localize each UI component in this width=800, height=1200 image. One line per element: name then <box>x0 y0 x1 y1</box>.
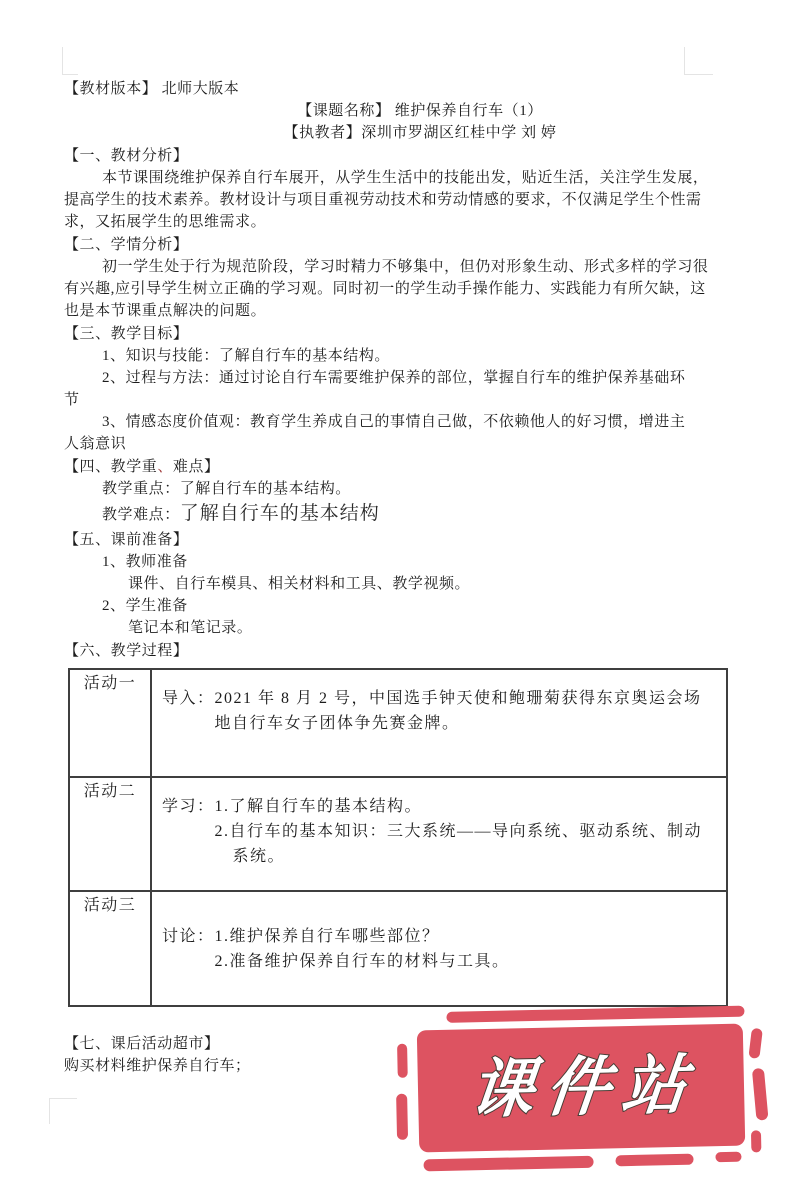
stamp-left-stroke-2 <box>396 1094 408 1140</box>
stamp-right-stroke-3 <box>751 1130 761 1152</box>
section3-heading: 【三、教学目标】 <box>64 323 714 345</box>
section2-paragraph: 初一学生处于行为规范阶段，学习时精力不够集中，但仍对形象生动、形式多样的学习很有… <box>64 256 714 322</box>
edition-line: 【教材版本】 北师大版本 <box>64 78 714 100</box>
goal-knowledge-skill: 1、知识与技能：了解自行车的基本结构。 <box>64 345 714 367</box>
activity-2-item-2: 2.自行车的基本知识：三大系统——导向系统、驱动系统、制动系统。 <box>215 819 718 869</box>
lesson-title-line: 【课题名称】 维护保养自行车（1） <box>64 100 714 122</box>
section5-heading: 【五、课前准备】 <box>64 529 714 551</box>
activity-2-content: 学习： 1.了解自行车的基本结构。 2.自行车的基本知识：三大系统——导向系统、… <box>151 777 727 891</box>
teaching-key-point: 教学重点：了解自行车的基本结构。 <box>64 478 714 500</box>
activity-1-content: 导入： 2021 年 8 月 2 号，中国选手钟天使和鲍珊菊获得东京奥运会场地自… <box>151 669 727 777</box>
section4-heading-post: 难点】 <box>173 459 220 475</box>
page-margin-mark-top-right <box>684 47 713 75</box>
activity-2-label: 活动二 <box>69 777 151 891</box>
page-margin-mark-top-left <box>62 47 78 75</box>
prep-teacher-title: 1、教师准备 <box>64 551 714 573</box>
section1-heading: 【一、教材分析】 <box>64 145 714 167</box>
section7-body: 购买材料维护保养自行车； <box>64 1055 714 1077</box>
goal-emotion-value-line2: 人翁意识 <box>64 433 714 455</box>
stamp-bottom-stroke-2 <box>615 1154 693 1167</box>
section6-heading: 【六、教学过程】 <box>64 640 714 662</box>
difficult-point-text: 了解自行车的基本结构 <box>180 502 380 524</box>
activity-2-item-1: 1.了解自行车的基本结构。 <box>215 794 718 819</box>
section4-heading: 【四、教学重、难点】 <box>64 456 714 478</box>
activity-3-content: 讨论： 1.维护保养自行车哪些部位？ 2.准备维护保养自行车的材料与工具。 <box>151 891 727 1006</box>
activity-3-label: 活动三 <box>69 891 151 1006</box>
activity-3-lead: 讨论： <box>162 924 215 949</box>
prep-student-title: 2、学生准备 <box>64 595 714 617</box>
table-row-activity-2: 活动二 学习： 1.了解自行车的基本结构。 2.自行车的基本知识：三大系统——导… <box>69 777 727 891</box>
table-row-activity-1: 活动一 导入： 2021 年 8 月 2 号，中国选手钟天使和鲍珊菊获得东京奥运… <box>69 669 727 777</box>
section4-heading-pre: 【四、教学重 <box>64 459 157 475</box>
teacher-line: 【执教者】深圳市罗湖区红桂中学 刘 婷 <box>64 122 714 144</box>
activity-1-item-1: 2021 年 8 月 2 号，中国选手钟天使和鲍珊菊获得东京奥运会场地自行车女子… <box>215 686 718 736</box>
prep-teacher-detail: 课件、自行车模具、相关材料和工具、教学视频。 <box>64 573 714 595</box>
activity-1-label: 活动一 <box>69 669 151 777</box>
teaching-process-table: 活动一 导入： 2021 年 8 月 2 号，中国选手钟天使和鲍珊菊获得东京奥运… <box>68 668 728 1007</box>
goal-process-method-line2: 节 <box>64 389 714 411</box>
activity-1-lead: 导入： <box>162 686 215 711</box>
teaching-difficult-point: 教学难点：了解自行车的基本结构 <box>64 500 714 528</box>
section7-heading: 【七、课后活动超市】 <box>64 1033 714 1055</box>
stamp-bottom-stroke-3 <box>715 1152 741 1163</box>
stamp-right-stroke-2 <box>752 1068 769 1121</box>
stamp-right-stroke-1 <box>748 1028 762 1059</box>
activity-3-item-2: 2.准备维护保养自行车的材料与工具。 <box>215 949 718 974</box>
difficult-point-label: 教学难点： <box>102 507 180 523</box>
section4-heading-red-comma: 、 <box>157 459 173 475</box>
section2-heading: 【二、学情分析】 <box>64 234 714 256</box>
prep-student-detail: 笔记本和笔记录。 <box>64 617 714 639</box>
section1-paragraph: 本节课围绕维护保养自行车展开，从学生生活中的技能出发，贴近生活，关注学生发展，提… <box>64 167 714 233</box>
goal-process-method-line1: 2、过程与方法：通过讨论自行车需要维护保养的部位，掌握自行车的维护保养基础环 <box>64 367 714 389</box>
goal-emotion-value-line1: 3、情感态度价值观：教育学生养成自己的事情自己做，不依赖他人的好习惯，增进主 <box>64 411 714 433</box>
activity-3-item-1: 1.维护保养自行车哪些部位？ <box>215 924 718 949</box>
document-body: 【教材版本】 北师大版本 【课题名称】 维护保养自行车（1） 【执教者】深圳市罗… <box>64 78 714 1077</box>
stamp-bottom-stroke-1 <box>423 1156 593 1172</box>
page-margin-mark-bottom-left <box>49 1098 77 1124</box>
table-row-activity-3: 活动三 讨论： 1.维护保养自行车哪些部位？ 2.准备维护保养自行车的材料与工具… <box>69 891 727 1006</box>
activity-2-lead: 学习： <box>162 794 215 819</box>
